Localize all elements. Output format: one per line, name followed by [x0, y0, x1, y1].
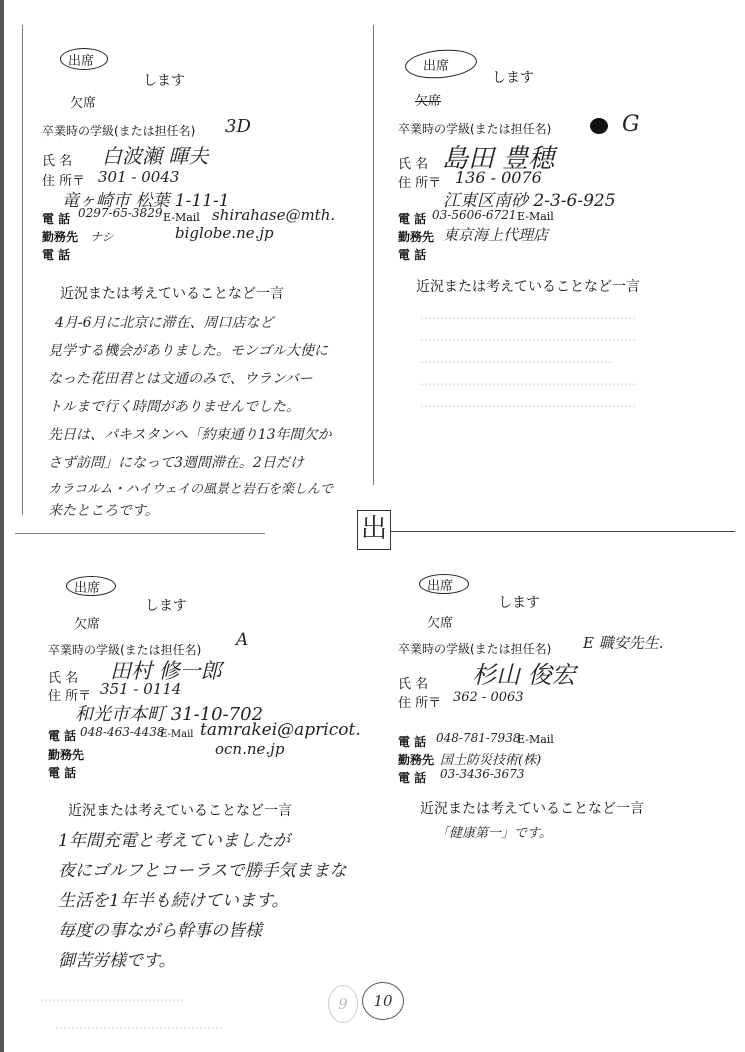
bleed-through-text: …………………………………… [55, 1018, 223, 1032]
bleed-through-text: ……………………………… [40, 990, 184, 1004]
comment-line: 毎度の事ながら幹事の皆様 [58, 916, 262, 941]
phone-label: 電 話 [398, 733, 426, 750]
card-divider [390, 531, 735, 532]
class-label: 卒業時の学級(または担任名) [42, 122, 195, 139]
phone-value: 048-781-7938 [436, 731, 520, 745]
name-label: 氏 名 [42, 150, 72, 169]
absent-option-struck: 欠席 [415, 90, 441, 109]
class-value: 3D [225, 116, 251, 137]
comment-heading: 近況または考えていることなど一言 [416, 276, 640, 296]
attend-option: 出席 [74, 577, 100, 596]
ink-blot [590, 118, 608, 134]
card-divider [15, 533, 265, 534]
comment-line: さず訪問」になって3週間滞在。2日だけ [48, 452, 304, 472]
address-label: 住 所〒 [398, 172, 441, 191]
email-value-line2: biglobe.ne.jp [175, 224, 274, 242]
shimasu-label: します [498, 592, 540, 612]
name-label: 氏 名 [398, 673, 428, 692]
shimasu-label: します [145, 595, 187, 615]
email-label: E-Mail [517, 733, 554, 746]
bleed-through-text: ……………………………………………… [420, 330, 636, 344]
comment-heading: 近況または考えていることなど一言 [60, 283, 284, 303]
comment-line: トルまで行く時間がありませんでした。 [48, 396, 300, 416]
phone-value: 048-463-4438 [80, 725, 164, 739]
work-value: 東京海上代理店 [443, 224, 548, 245]
attend-option: 出席 [427, 575, 453, 594]
phone-value: 03-5606-6721 [432, 208, 516, 222]
page-number: 10 [362, 982, 404, 1020]
attend-option: 出席 [68, 50, 94, 69]
work-value: ナシ [90, 228, 114, 245]
postal-value: 301 - 0043 [98, 168, 179, 186]
work-label: 勤務先 [48, 746, 84, 763]
work-value: 国土防災技術(株) [440, 749, 541, 768]
email-value-line2: ocn.ne.jp [215, 740, 284, 758]
name-value: 白波瀬 暉夫 [102, 140, 208, 169]
attend-option: 出席 [423, 55, 449, 74]
work-label: 勤務先 [42, 228, 78, 245]
scan-edge [0, 0, 4, 1052]
center-stamp: 出 [357, 510, 391, 550]
class-label: 卒業時の学級(または担任名) [398, 120, 551, 137]
comment-line: 1年間充電と考えていましたが [58, 826, 290, 851]
faint-page-number: 9 [328, 985, 358, 1023]
phone-label: 電 話 [42, 210, 70, 227]
email-label: E-Mail [163, 211, 200, 224]
comment-line: 見学する機会がありました。モンゴル大使に [48, 340, 328, 360]
comment-line: 生活を1年半も続けています。 [58, 886, 288, 911]
phone-label: 電 話 [398, 210, 426, 227]
class-value: A [236, 630, 248, 650]
name-label: 氏 名 [48, 667, 78, 686]
comment-line: なった花田君とは文通のみで、ウランバー [48, 368, 313, 388]
email-label: E-Mail [517, 210, 554, 223]
comment-line: 4月-6月に北京に滞在、周口店など [55, 312, 274, 332]
bleed-through-text: ………………………………………… [420, 352, 612, 366]
email-label: E-Mail [160, 729, 193, 740]
card-border [22, 25, 23, 515]
comment-line: 来たところです。 [48, 500, 159, 520]
phone-value: 0297-65-3829 [78, 206, 162, 220]
card-border [373, 25, 374, 485]
work-phone-label: 電 話 [398, 246, 426, 263]
class-value: E 職安先生. [583, 632, 664, 653]
phone-label: 電 話 [48, 727, 76, 744]
work-label: 勤務先 [398, 228, 434, 245]
email-value-line1: tamrakei@apricot. [200, 720, 361, 740]
work-phone-label: 電 話 [42, 246, 70, 263]
comment-line: 「健康第一」です。 [436, 822, 552, 841]
work-phone-label: 電 話 [48, 764, 76, 781]
bleed-through-text: ……………………………………………… [420, 396, 636, 410]
address-label: 住 所〒 [398, 692, 441, 711]
absent-option: 欠席 [427, 612, 453, 631]
absent-option: 欠席 [74, 613, 100, 632]
bleed-through-text: ……………………………………………… [420, 308, 636, 322]
shimasu-label: します [143, 70, 185, 90]
comment-line: 夜にゴルフとコーラスで勝手気ままな [58, 856, 347, 881]
comment-line: 先日は、パキスタンへ「約束通り13年間欠か [48, 424, 332, 444]
shimasu-label: します [492, 67, 534, 87]
bleed-through-text: ……………………………………………… [420, 374, 636, 388]
absent-option: 欠席 [70, 92, 96, 111]
comment-heading: 近況または考えていることなど一言 [68, 800, 292, 820]
work-phone-value: 03-3436-3673 [440, 767, 524, 781]
email-value-line1: shirahase@mth. [212, 206, 335, 224]
postal-value: 136 - 0076 [455, 168, 542, 187]
class-value: G [622, 112, 640, 137]
comment-heading: 近況または考えていることなど一言 [420, 798, 644, 818]
work-label: 勤務先 [398, 751, 434, 768]
name-value: 杉山 俊宏 [472, 655, 576, 690]
name-label: 氏 名 [398, 153, 428, 172]
postal-value: 362 - 0063 [453, 690, 524, 705]
postal-value: 351 - 0114 [100, 680, 181, 698]
work-phone-label: 電 話 [398, 769, 426, 786]
comment-line: 御苦労様です。 [58, 946, 176, 971]
comment-line: カラコルム・ハイウェイの風景と岩石を楽しんで [48, 478, 333, 497]
